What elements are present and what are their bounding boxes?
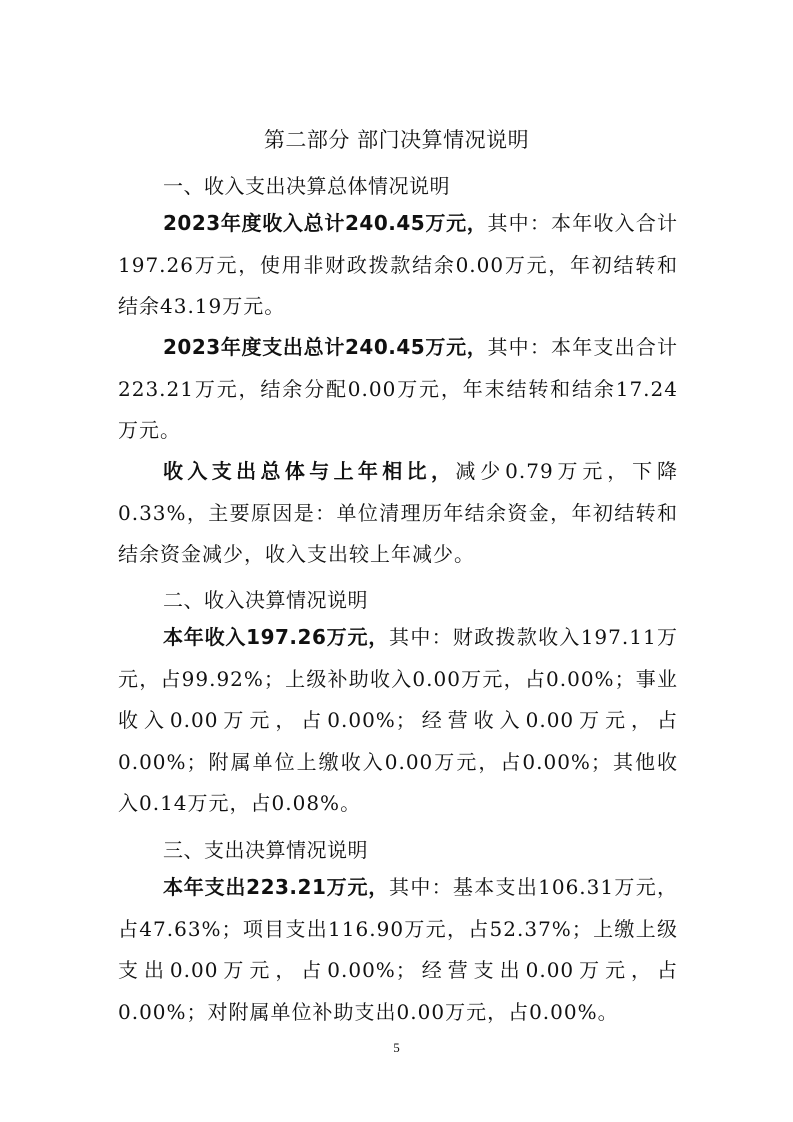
paragraph-income-total: 2023年度收入总计240.45万元，其中：本年收入合计197.26万元，使用非…	[118, 203, 678, 328]
section-heading-overall: 一、收入支出决算总体情况说明	[163, 170, 450, 199]
paragraph-lead: 2023年度收入总计240.45万元，	[163, 211, 487, 235]
section-heading-expense: 三、支出决算情况说明	[163, 834, 368, 863]
paragraph-income-detail: 本年收入197.26万元，其中：财政拨款收入197.11万元，占99.92%；上…	[118, 617, 678, 825]
paragraph-lead: 本年支出223.21万元，	[163, 875, 389, 899]
section-heading-income: 二、收入决算情况说明	[163, 584, 368, 613]
paragraph-body: 其中：财政拨款收入197.11万元，占99.92%；上级补助收入0.00万元，占…	[118, 625, 678, 815]
document-page: 第二部分 部门决算情况说明 一、收入支出决算总体情况说明 2023年度收入总计2…	[0, 0, 793, 1122]
paragraph-lead: 收入支出总体与上年相比，	[163, 459, 455, 483]
paragraph-lead: 本年收入197.26万元，	[163, 625, 389, 649]
paragraph-lead: 2023年度支出总计240.45万元，	[163, 335, 487, 359]
paragraph-yoy-comparison: 收入支出总体与上年相比，减少0.79万元，下降0.33%，主要原因是：单位清理历…	[118, 451, 678, 576]
page-number: 5	[0, 1040, 793, 1056]
page-title: 第二部分 部门决算情况说明	[0, 124, 793, 154]
paragraph-expense-detail: 本年支出223.21万元，其中：基本支出106.31万元，占47.63%；项目支…	[118, 867, 678, 1033]
paragraph-expense-total: 2023年度支出总计240.45万元，其中：本年支出合计223.21万元，结余分…	[118, 327, 678, 452]
